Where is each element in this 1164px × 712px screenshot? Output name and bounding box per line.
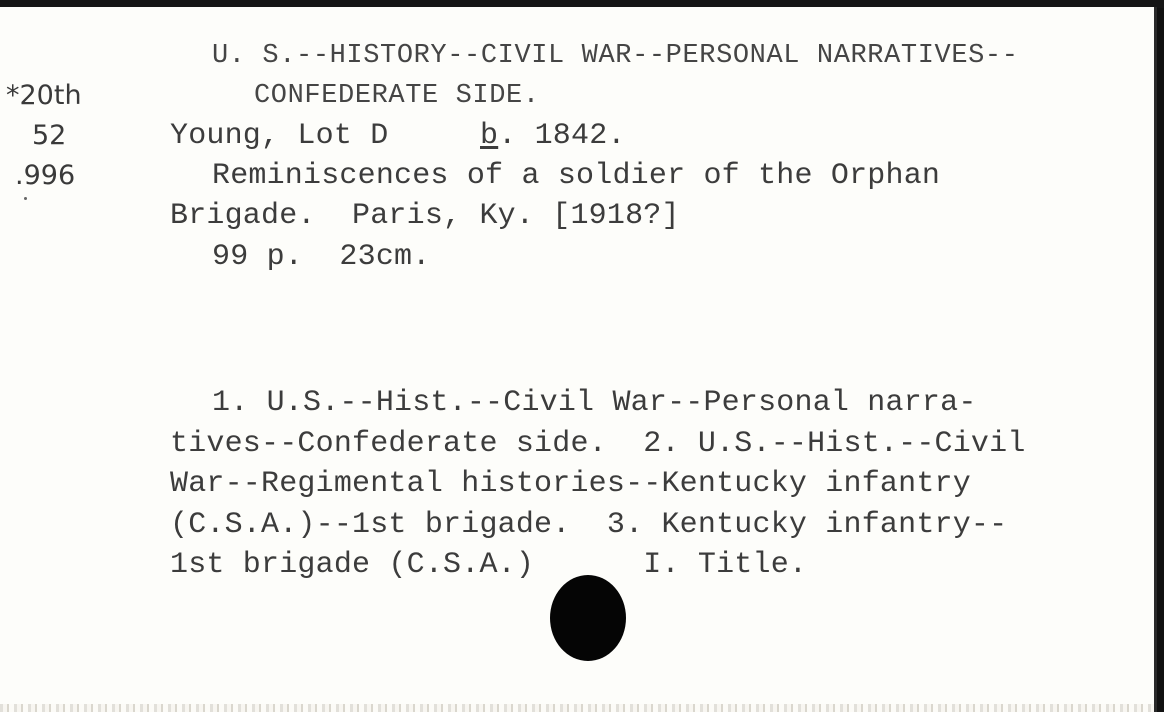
call-number-line-3: .996 <box>15 156 75 196</box>
tracing-line-4: (C.S.A.)--1st brigade. 3. Kentucky infan… <box>170 505 1007 545</box>
ink-speck <box>24 197 27 200</box>
tracing-line-1: 1. U.S.--Hist.--Civil War--Personal narr… <box>212 383 977 423</box>
catalog-card: *20th 52 .996 U. S.--HISTORY--CIVIL WAR-… <box>0 7 1157 712</box>
call-number-line-1: *20th <box>6 76 82 116</box>
title-line-1: Reminiscences of a soldier of the Orphan <box>212 156 940 196</box>
author-name: Young, Lot D <box>170 116 388 156</box>
tracing-line-5: 1st brigade (C.S.A.) I. Title. <box>170 545 807 585</box>
subject-heading-line-1: U. S.--HISTORY--CIVIL WAR--PERSONAL NARR… <box>212 36 1019 76</box>
born-abbrev: b <box>480 119 498 153</box>
title-line-2: Brigade. Paris, Ky. [1918?] <box>170 196 680 236</box>
subject-heading-line-2: CONFEDERATE SIDE. <box>254 76 540 116</box>
tracing-line-2: tives--Confederate side. 2. U.S.--Hist.-… <box>170 424 1026 464</box>
collation: 99 p. 23cm. <box>212 237 430 277</box>
call-number-line-2: 52 <box>32 116 66 156</box>
card-punch-hole-icon <box>550 575 626 661</box>
born-year: . 1842. <box>498 119 625 153</box>
author-dates: b. 1842. <box>480 116 626 156</box>
tracing-line-3: War--Regimental histories--Kentucky infa… <box>170 464 971 504</box>
scan-bottom-edge <box>0 704 1154 712</box>
